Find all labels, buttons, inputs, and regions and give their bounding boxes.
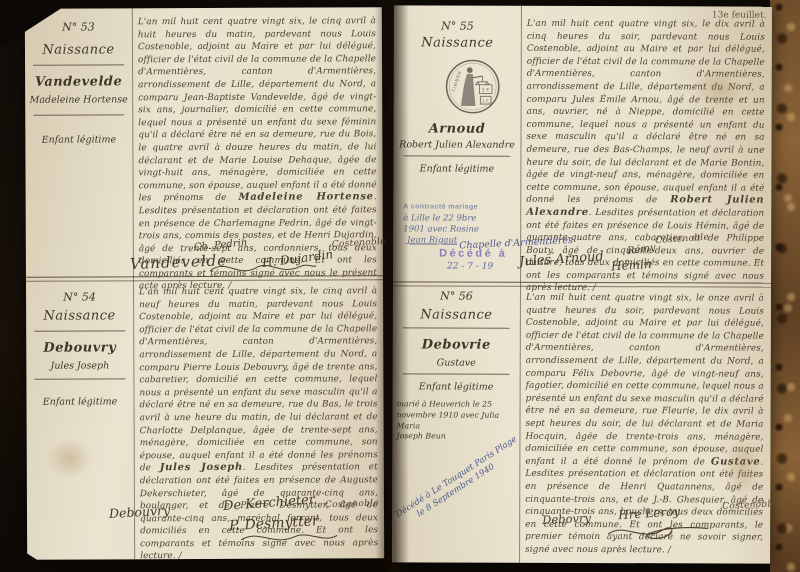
diagonal-death-line: Décédé à Le Touquet Paris Plage bbox=[394, 434, 519, 520]
marriage-note-line: Jean Rigaut bbox=[407, 235, 457, 245]
act-type-label: Naissance bbox=[26, 308, 133, 323]
officer-signature: Costenoble bbox=[332, 237, 387, 250]
declarant-signature: Debovry bbox=[542, 511, 591, 527]
marriage-note-line: 1901 avec Rosine bbox=[403, 224, 479, 234]
child-firstnames: Gustave bbox=[393, 357, 520, 368]
margin-marriage-line: marié à Heuverich le 25 bbox=[397, 399, 521, 410]
margin-rule bbox=[403, 155, 510, 156]
officer-signature: Costenoble bbox=[722, 499, 776, 512]
act-number: N° 56 bbox=[393, 289, 520, 302]
act-53-body: L'an mil huit cent quatre vingt six, le … bbox=[138, 15, 377, 293]
filiation-label: Enfant légitime bbox=[393, 163, 520, 174]
act-type-label: Naissance bbox=[25, 42, 132, 57]
margin-rule bbox=[403, 327, 510, 328]
signature-paraph bbox=[604, 520, 714, 542]
diagonal-death-line: le 8 Septembre 1940 bbox=[400, 444, 525, 530]
act-56-text-pre: L'an mil huit cent quatre vingt six, le … bbox=[525, 293, 764, 467]
margin-marriage-note: marié à Heuverich le 25 novembre 1910 av… bbox=[396, 399, 520, 443]
margin-divider-line bbox=[132, 8, 135, 559]
act-54-text-pre: L'an mil huit cent quatre vingt six, le … bbox=[139, 286, 378, 473]
signature-paraph bbox=[239, 531, 339, 545]
child-surname: Debouvry bbox=[26, 340, 133, 355]
timbre-stamp-label: TIMBRE bbox=[451, 69, 463, 92]
officer-signature: Costenoble bbox=[325, 498, 379, 510]
act-type-label: Naissance bbox=[393, 307, 520, 322]
child-firstnames: Madeleine Hortense bbox=[25, 94, 132, 105]
margin-rule bbox=[33, 114, 124, 115]
act-number: N° 54 bbox=[26, 290, 133, 303]
margin-rule bbox=[403, 373, 510, 374]
filiation-label: Enfant légitime bbox=[393, 381, 520, 392]
child-surname: Debovrie bbox=[393, 337, 520, 352]
register-photo: N° 53 Naissance Vandevelde Madeleine Hor… bbox=[0, 0, 800, 572]
child-surname: Arnoud bbox=[394, 121, 521, 136]
act-53-child-name: Madeleine Hortense bbox=[238, 192, 373, 204]
left-page: N° 53 Naissance Vandevelde Madeleine Hor… bbox=[25, 7, 384, 560]
act-number: N° 55 bbox=[394, 19, 521, 32]
stamp-value-top: 2 F. bbox=[482, 87, 491, 93]
child-surname: Vandevelde bbox=[25, 74, 132, 89]
foxing-spot bbox=[47, 438, 93, 478]
act-type-label: Naissance bbox=[394, 35, 521, 50]
stamp-value-bottom: 1 F. bbox=[482, 99, 489, 105]
act-56-child-name: Gustave bbox=[711, 456, 761, 467]
filiation-label: Enfant légitime bbox=[25, 134, 132, 145]
child-firstnames: Jules Joseph bbox=[26, 360, 133, 371]
signature-paraph bbox=[208, 262, 318, 276]
child-firstnames: Robert Julien Alexandre bbox=[393, 139, 520, 150]
act-53-text-pre: L'an mil huit cent quatre vingt six, le … bbox=[138, 16, 377, 203]
death-note-date: 22 - 7 - 19 bbox=[447, 262, 493, 272]
marbled-leather-edge bbox=[770, 0, 800, 572]
witness-signature: Hémin bbox=[611, 257, 652, 274]
margin-rule bbox=[34, 378, 125, 379]
margin-rule bbox=[33, 64, 124, 65]
margin-rule bbox=[34, 330, 125, 331]
filiation-label: Enfant légitime bbox=[26, 396, 133, 407]
act-54-child-name: Jules Joseph bbox=[160, 462, 243, 473]
act-55-text-pre: L'an mil huit cent quatre vingt six, le … bbox=[526, 19, 765, 206]
timbre-revenue-stamp: 2 F. 1 F. TIMBRE bbox=[444, 58, 502, 116]
deceased-stamp: Décédé à bbox=[439, 248, 507, 260]
act-number: N° 53 bbox=[25, 20, 132, 33]
margin-marriage-line: novembre 1910 avec Julia Maria bbox=[396, 410, 520, 432]
marriage-note-line: à Lille le 22 9bre bbox=[403, 213, 476, 223]
diagonal-death-note: Décédé à Le Touquet Paris Plage le 8 Sep… bbox=[394, 434, 525, 529]
right-page: 13e feuillet. N° 55 Naissance Arnoud Rob… bbox=[392, 5, 772, 563]
marriage-stamp-line: A contracté mariage bbox=[403, 203, 478, 210]
act-54-text-post: . Lesdites présentation et déclaration o… bbox=[140, 463, 378, 562]
